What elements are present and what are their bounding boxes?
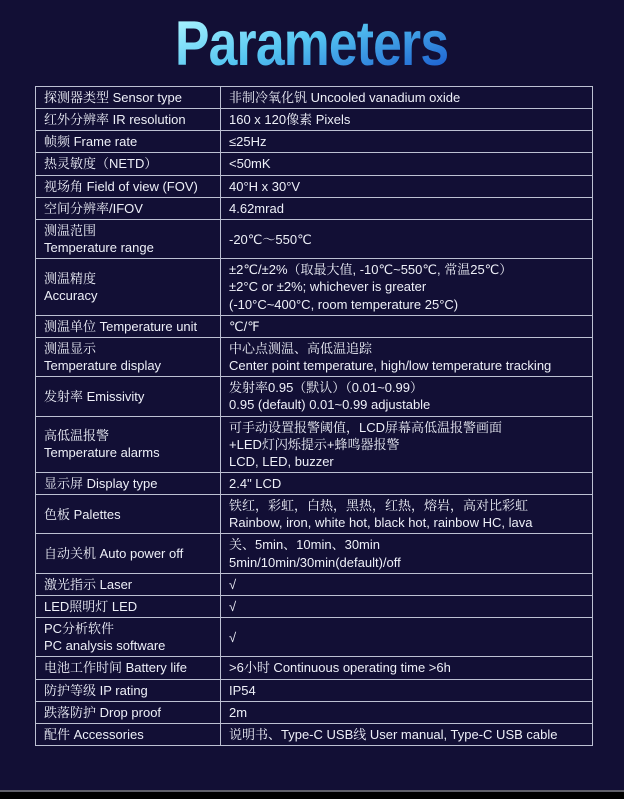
table-row: 空间分辨率/IFOV 4.62mrad [36, 197, 593, 219]
spec-label: 色板 Palettes [36, 495, 221, 534]
table-row: 高低温报警 Temperature alarms 可手动设置报警阈值，LCD屏幕… [36, 416, 593, 472]
table-row: 防护等级 IP rating IP54 [36, 679, 593, 701]
spec-label: 测温精度 Accuracy [36, 259, 221, 315]
spec-label: 防护等级 IP rating [36, 679, 221, 701]
table-row: 色板 Palettes 铁红，彩虹，白热，黑热，红热，熔岩，高对比彩虹 Rain… [36, 495, 593, 534]
table-row: PC分析软件 PC analysis software √ [36, 618, 593, 657]
spec-label: 探测器类型 Sensor type [36, 87, 221, 109]
spec-label: 测温范围 Temperature range [36, 219, 221, 258]
table-row: 红外分辨率 IR resolution 160 x 120像素 Pixels [36, 109, 593, 131]
table-row: LED照明灯 LED √ [36, 595, 593, 617]
spec-label: 热灵敏度（NETD） [36, 153, 221, 175]
spec-label: 测温单位 Temperature unit [36, 315, 221, 337]
spec-value: 非制冷氧化钒 Uncooled vanadium oxide [221, 87, 593, 109]
spec-label: PC分析软件 PC analysis software [36, 618, 221, 657]
spec-value: <50mK [221, 153, 593, 175]
page-title: Parameters [175, 13, 448, 76]
spec-value: >6小时 Continuous operating time >6h [221, 657, 593, 679]
spec-value: 说明书、Type-C USB线 User manual, Type-C USB … [221, 723, 593, 745]
table-row: 热灵敏度（NETD） <50mK [36, 153, 593, 175]
table-row: 测温精度 Accuracy ±2℃/±2%（取最大值, -10℃~550℃, 常… [36, 259, 593, 315]
spec-label: 显示屏 Display type [36, 472, 221, 494]
spec-value: ≤25Hz [221, 131, 593, 153]
table-row: 测温单位 Temperature unit ℃/℉ [36, 315, 593, 337]
spec-value: 2m [221, 701, 593, 723]
spec-sheet-page: Parameters 探测器类型 Sensor type 非制冷氧化钒 Unco… [0, 0, 624, 799]
table-row: 配件 Accessories 说明书、Type-C USB线 User manu… [36, 723, 593, 745]
spec-label: 视场角 Field of view (FOV) [36, 175, 221, 197]
spec-label: 红外分辨率 IR resolution [36, 109, 221, 131]
table-row: 探测器类型 Sensor type 非制冷氧化钒 Uncooled vanadi… [36, 87, 593, 109]
spec-value: 160 x 120像素 Pixels [221, 109, 593, 131]
table-row: 发射率 Emissivity 发射率0.95（默认）（0.01~0.99） 0.… [36, 377, 593, 416]
spec-label: 高低温报警 Temperature alarms [36, 416, 221, 472]
spec-label: 空间分辨率/IFOV [36, 197, 221, 219]
spec-table: 探测器类型 Sensor type 非制冷氧化钒 Uncooled vanadi… [35, 86, 593, 746]
spec-label: 发射率 Emissivity [36, 377, 221, 416]
spec-label: 测温显示 Temperature display [36, 337, 221, 376]
spec-value: -20℃～550℃ [221, 219, 593, 258]
spec-value: 2.4" LCD [221, 472, 593, 494]
table-row: 电池工作时间 Battery life >6小时 Continuous oper… [36, 657, 593, 679]
spec-value: √ [221, 618, 593, 657]
spec-label: LED照明灯 LED [36, 595, 221, 617]
spec-value: 发射率0.95（默认）（0.01~0.99） 0.95 (default) 0.… [221, 377, 593, 416]
spec-value: 40°H x 30°V [221, 175, 593, 197]
spec-label: 帧频 Frame rate [36, 131, 221, 153]
spec-label: 跌落防护 Drop proof [36, 701, 221, 723]
table-row: 显示屏 Display type 2.4" LCD [36, 472, 593, 494]
bottom-divider [0, 790, 624, 799]
spec-value: ±2℃/±2%（取最大值, -10℃~550℃, 常温25℃） ±2°C or … [221, 259, 593, 315]
spec-label: 配件 Accessories [36, 723, 221, 745]
table-row: 测温显示 Temperature display 中心点测温、高低温追踪 Cen… [36, 337, 593, 376]
spec-label: 自动关机 Auto power off [36, 534, 221, 573]
table-row: 自动关机 Auto power off 关、5min、10min、30min 5… [36, 534, 593, 573]
spec-value: √ [221, 573, 593, 595]
spec-value: ℃/℉ [221, 315, 593, 337]
table-row: 视场角 Field of view (FOV) 40°H x 30°V [36, 175, 593, 197]
table-row: 测温范围 Temperature range -20℃～550℃ [36, 219, 593, 258]
table-row: 帧频 Frame rate ≤25Hz [36, 131, 593, 153]
table-row: 跌落防护 Drop proof 2m [36, 701, 593, 723]
spec-label: 激光指示 Laser [36, 573, 221, 595]
spec-value: IP54 [221, 679, 593, 701]
spec-value: 中心点测温、高低温追踪 Center point temperature, hi… [221, 337, 593, 376]
spec-value: 4.62mrad [221, 197, 593, 219]
spec-value: 可手动设置报警阈值，LCD屏幕高低温报警画面 +LED灯闪烁提示+蜂鸣器报警 L… [221, 416, 593, 472]
spec-value: √ [221, 595, 593, 617]
table-row: 激光指示 Laser √ [36, 573, 593, 595]
spec-value: 关、5min、10min、30min 5min/10min/30min(defa… [221, 534, 593, 573]
title-bar: Parameters [0, 0, 624, 86]
spec-value: 铁红，彩虹，白热，黑热，红热，熔岩，高对比彩虹 Rainbow, iron, w… [221, 495, 593, 534]
spec-label: 电池工作时间 Battery life [36, 657, 221, 679]
